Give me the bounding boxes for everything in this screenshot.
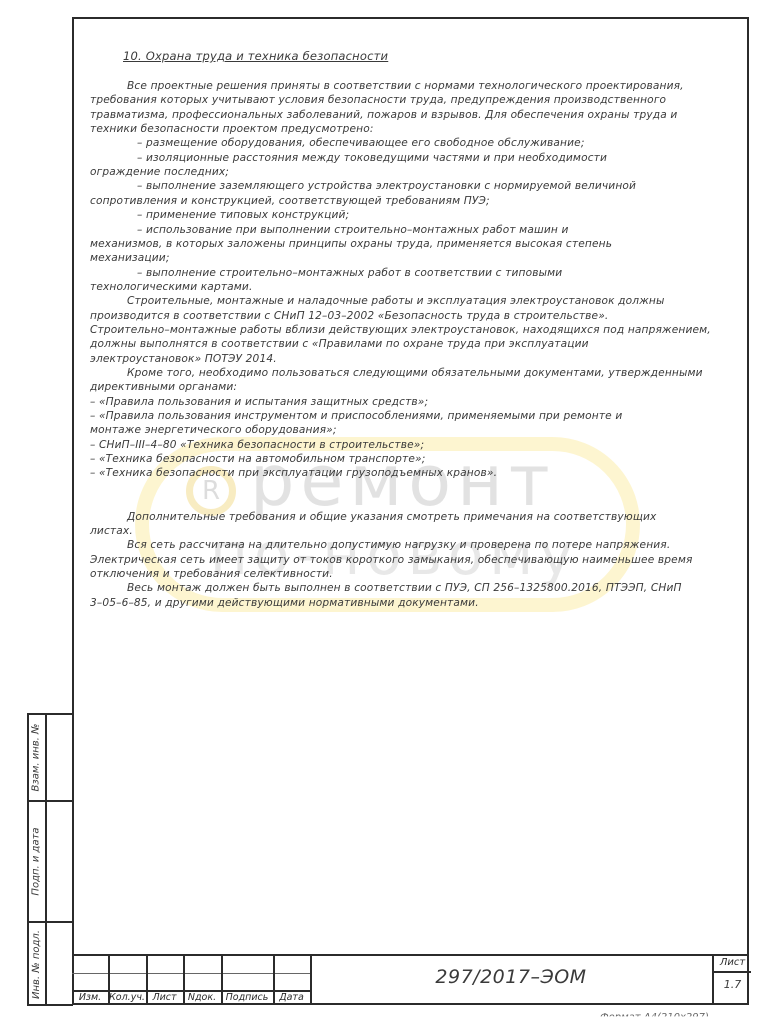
body-line: Вся сеть рассчитана на длительно допусти… (127, 538, 670, 552)
body-line: – применение типовых конструкций; (137, 208, 349, 222)
body-line: Строительные, монтажные и наладочные раб… (127, 294, 665, 308)
body-line: – СНиП–III–4–80 «Техника безопасности в … (90, 438, 424, 452)
sheet-box: Лист 1.7 (712, 956, 751, 1005)
stamp-header-change: Изм. (72, 992, 108, 1006)
body-line: листах. (90, 524, 133, 538)
body-line: Кроме того, необходимо пользоваться след… (127, 366, 703, 380)
side-label-replacement: Взам. инв. № (28, 715, 44, 800)
body-line: должны выполнятся в соответствии с «Прав… (90, 337, 589, 351)
body-line: директивными органами: (90, 380, 237, 394)
side-label-signature: Подп. и дата (28, 802, 44, 921)
body-line: – размещение оборудования, обеспечивающе… (137, 136, 585, 150)
side-label-text: Подп. и дата (31, 827, 42, 895)
body-line: ограждение последних; (90, 165, 229, 179)
body-line: отключения и требования селективности. (90, 567, 333, 581)
body-line: технологическими картами. (90, 280, 252, 294)
body-line: Весь монтаж должен быть выполнен в соотв… (127, 581, 682, 595)
body-line: требования которых учитывают условия без… (90, 93, 666, 107)
body-line: – «Правила пользования инструментом и пр… (90, 409, 622, 423)
stamp-header-date: Дата (273, 992, 310, 1006)
body-line: Дополнительные требования и общие указан… (127, 510, 656, 524)
sheet-number: 1.7 (714, 978, 751, 991)
sheet-label: Лист (714, 957, 751, 973)
body-line: Электрическая сеть имеет защиту от токов… (90, 553, 692, 567)
body-line: монтаже энергетического оборудования»; (90, 423, 337, 437)
section-title: 10. Охрана труда и техника безопасности (123, 49, 388, 63)
body-line: 3–05–6–85, и другими действующими нормат… (90, 596, 479, 610)
side-label-inventory: Инв. № подл. (28, 923, 44, 1006)
body-line: – «Техника безопасности на автомобильном… (90, 452, 425, 466)
body-line: – выполнение заземляющего устройства эле… (137, 179, 636, 193)
body-line: – выполнение строительно–монтажных работ… (137, 266, 562, 280)
body-line: Все проектные решения приняты в соответс… (127, 79, 684, 93)
body-line: механизации; (90, 251, 170, 265)
side-stamp: Взам. инв. № Подп. и дата Инв. № подл. (27, 713, 73, 1006)
document-code: 297/2017–ЭОМ (310, 966, 712, 988)
body-line: производится в соответствии с СНиП 12–03… (90, 309, 608, 323)
stamp-header-sheet: Лист (146, 992, 183, 1006)
side-label-text: Инв. № подл. (31, 930, 42, 999)
body-line: Строительно–монтажные работы вблизи дейс… (90, 323, 711, 337)
stamp-header-qty: Кол.уч. (108, 992, 146, 1006)
paper-format: Формат А4(210x297) (600, 1012, 709, 1023)
body-line: – использование при выполнении строитель… (137, 223, 568, 237)
body-line: – изоляционные расстояния между токоведу… (137, 151, 607, 165)
watermark-mark: R (202, 476, 220, 506)
body-line: сопротивления и конструкцией, соответств… (90, 194, 490, 208)
body-line: – «Правила пользования и испытания защит… (90, 395, 428, 409)
stamp-header-signature: Подпись (221, 992, 273, 1006)
body-line: – «Техника безопасности при эксплуатации… (90, 466, 497, 480)
side-label-text: Взам. инв. № (31, 724, 42, 792)
title-block: Изм. Кол.уч. Лист Nдок. Подпись Дата 297… (72, 954, 749, 1005)
body-line: механизмов, в которых заложены принципы … (90, 237, 612, 251)
body-line: травматизма, профессиональных заболевани… (90, 108, 677, 122)
body-line: техники безопасности проектом предусмотр… (90, 122, 374, 136)
body-line: электроустановок» ПОТЭУ 2014. (90, 352, 277, 366)
stamp-header-docnum: Nдок. (183, 992, 221, 1006)
